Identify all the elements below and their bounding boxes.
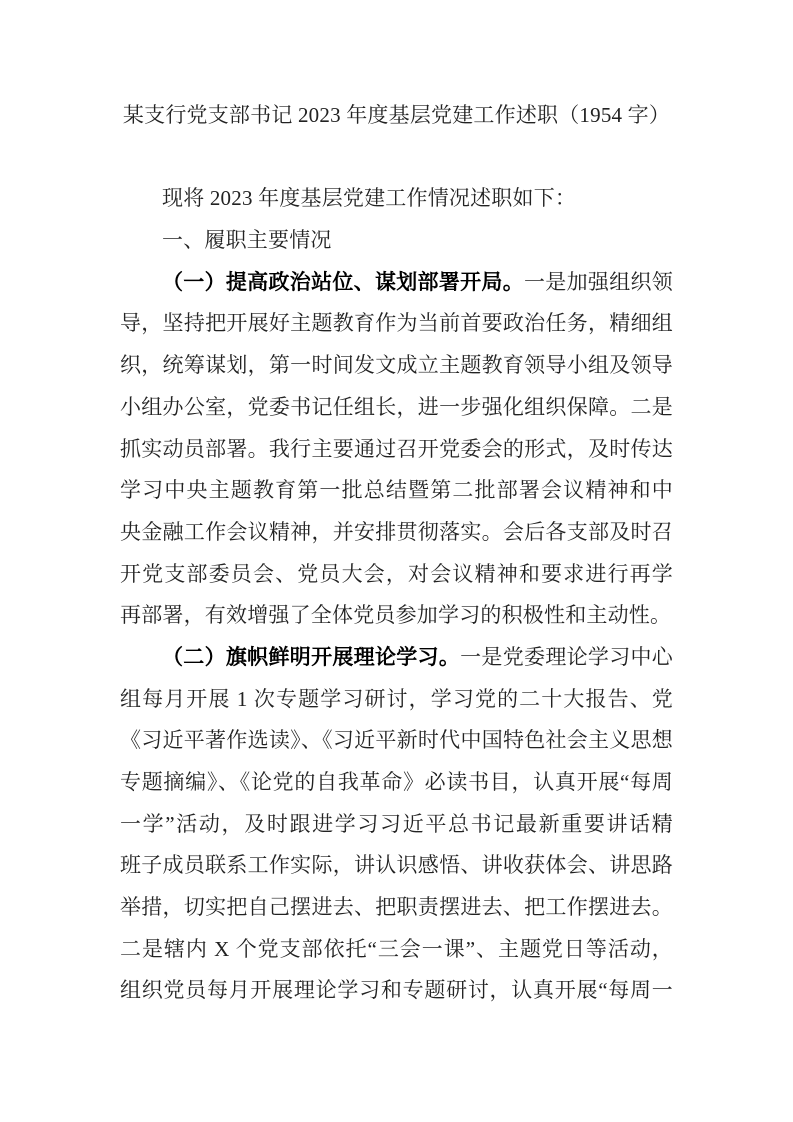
paragraph-line: 二是辖内 X 个党支部依托“三会一课”、主题党日等活动， xyxy=(120,929,673,971)
paragraph-line: 导，坚持把开展好主题教育作为当前首要政治任务，精细组 xyxy=(120,303,673,345)
paragraph-line: 组织党员每月开展理论学习和专题研讨，认真开展“每周一 xyxy=(120,970,673,1012)
paragraph-line: 抓实动员部署。我行主要通过召开党委会的形式，及时传达 xyxy=(120,429,673,471)
paragraph-line: 央金融工作会议精神，并安排贯彻落实。会后各支部及时召 xyxy=(120,512,673,554)
paragraph-line: 一学”活动，及时跟进学习习近平总书记最新重要讲话精神， xyxy=(120,804,673,846)
section-heading-1: 一、履职主要情况 xyxy=(120,220,673,262)
text-run: 一是加强组织领 xyxy=(524,270,673,294)
paragraph-line: 《习近平著作选读》、《习近平新时代中国特色社会主义思想 xyxy=(120,720,673,762)
paragraph-line: 举措，切实把自己摆进去、把职责摆进去、把工作摆进去。 xyxy=(120,887,673,929)
paragraph-line: 学习中央主题教育第一批总结暨第二批部署会议精神和中 xyxy=(120,470,673,512)
paragraph-line: 开党支部委员会、党员大会，对会议精神和要求进行再学习、 xyxy=(120,554,673,596)
paragraph-line: （一）提高政治站位、谋划部署开局。一是加强组织领 xyxy=(120,262,673,304)
paragraph-line: （二）旗帜鲜明开展理论学习。一是党委理论学习中心 xyxy=(120,637,673,679)
subheading-run-2: （二）旗帜鲜明开展理论学习。 xyxy=(162,645,460,669)
document-title: 某支行党支部书记 2023 年度基层党建工作述职（1954 字） xyxy=(120,95,673,137)
document-body: 某支行党支部书记 2023 年度基层党建工作述职（1954 字） 现将 2023… xyxy=(120,95,673,1012)
intro-line: 现将 2023 年度基层党建工作情况述职如下： xyxy=(120,178,673,220)
paragraph-line: 小组办公室，党委书记任组长，进一步强化组织保障。二是 xyxy=(120,387,673,429)
blank-line xyxy=(120,137,673,179)
document-page: 某支行党支部书记 2023 年度基层党建工作述职（1954 字） 现将 2023… xyxy=(0,0,793,1122)
paragraph-line: 专题摘编》、《论党的自我革命》必读书目，认真开展“每周 xyxy=(120,762,673,804)
paragraph-line: 班子成员联系工作实际，讲认识感悟、讲收获体会、讲思路 xyxy=(120,845,673,887)
paragraph-line: 组每月开展 1 次专题学习研讨，学习党的二十大报告、党章、 xyxy=(120,679,673,721)
subheading-run-1: （一）提高政治站位、谋划部署开局。 xyxy=(162,270,524,294)
paragraph-line: 织，统筹谋划，第一时间发文成立主题教育领导小组及领导 xyxy=(120,345,673,387)
paragraph-last-line: 再部署，有效增强了全体党员参加学习的积极性和主动性。 xyxy=(120,595,673,637)
text-run: 一是党委理论学习中心 xyxy=(460,645,673,669)
